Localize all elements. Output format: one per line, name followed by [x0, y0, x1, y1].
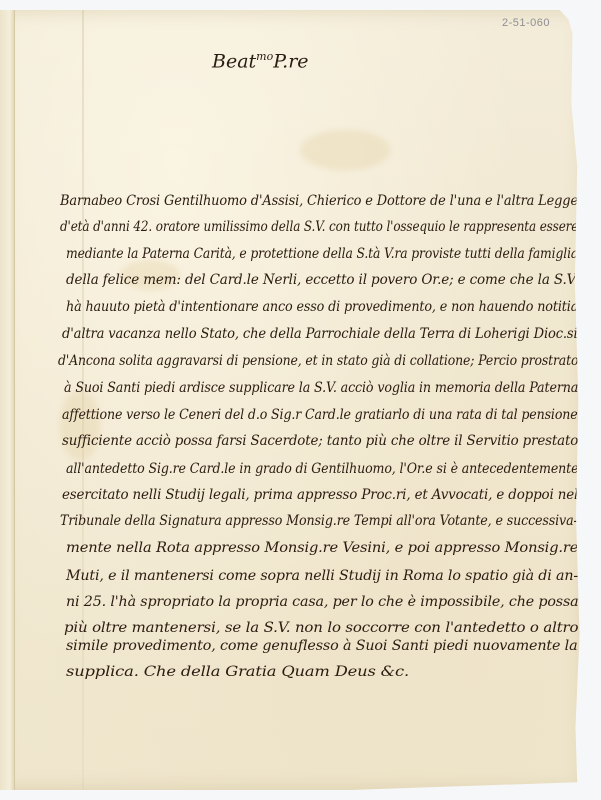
paper-stain: [300, 130, 390, 170]
manuscript-line: d'età d'anni 42. oratore umilissimo dell…: [60, 219, 578, 235]
document-scan: 2-51-060 BeatmoP.re Barnabeo Crosi Genti…: [0, 0, 601, 800]
paper-hole: [577, 46, 581, 51]
manuscript-line: più oltre mantenersi, se la S.V. non lo …: [64, 620, 578, 636]
salutation: BeatmoP.re: [212, 50, 309, 72]
salutation-text: Beat: [212, 50, 256, 72]
catalog-number: 2-51-060: [502, 17, 550, 29]
page-fold-edge: [0, 10, 15, 790]
paper-stain: [60, 390, 100, 460]
manuscript-line: mediante la Paterna Carità, e protettion…: [66, 246, 578, 262]
manuscript-line: esercitato nelli Studij legali, prima ap…: [62, 487, 578, 503]
salutation-superscript: mo: [256, 50, 273, 63]
manuscript-line: Tribunale della Signatura appresso Monsi…: [60, 513, 578, 529]
manuscript-line: supplica. Che della Gratia Quam Deus &c.: [66, 664, 409, 680]
manuscript-page: 2-51-060 BeatmoP.re Barnabeo Crosi Genti…: [0, 10, 583, 790]
manuscript-line: mente nella Rota appresso Monsig.re Vesi…: [66, 540, 578, 556]
manuscript-line: Muti, e il mantenersi come sopra nelli S…: [66, 568, 578, 584]
manuscript-line: sufficiente acciò possa farsi Sacerdote;…: [62, 433, 578, 449]
manuscript-line: ni 25. l'hà spropriato la propria casa, …: [66, 594, 578, 610]
salutation-suffix: P.re: [273, 50, 308, 72]
manuscript-line: d'altra vacanza nello Stato, che della P…: [62, 326, 578, 342]
manuscript-line: à Suoi Santi piedi ardisce supplicare la…: [64, 380, 578, 396]
manuscript-line: Barnabeo Crosi Gentilhuomo d'Assisi, Chi…: [60, 193, 578, 209]
manuscript-line: d'Ancona solita aggravarsi di pensione, …: [58, 353, 578, 369]
manuscript-line: all'antedetto Sig.re Card.le in grado di…: [66, 461, 578, 477]
manuscript-line: hà hauuto pietà d'intentionare anco esso…: [66, 299, 578, 315]
manuscript-line: della felice mem: del Card.le Nerli, ecc…: [66, 272, 578, 288]
manuscript-line: affettione verso le Ceneri del d.o Sig.r…: [62, 407, 578, 423]
manuscript-line: simile provedimento, come genuflesso à S…: [66, 638, 577, 654]
